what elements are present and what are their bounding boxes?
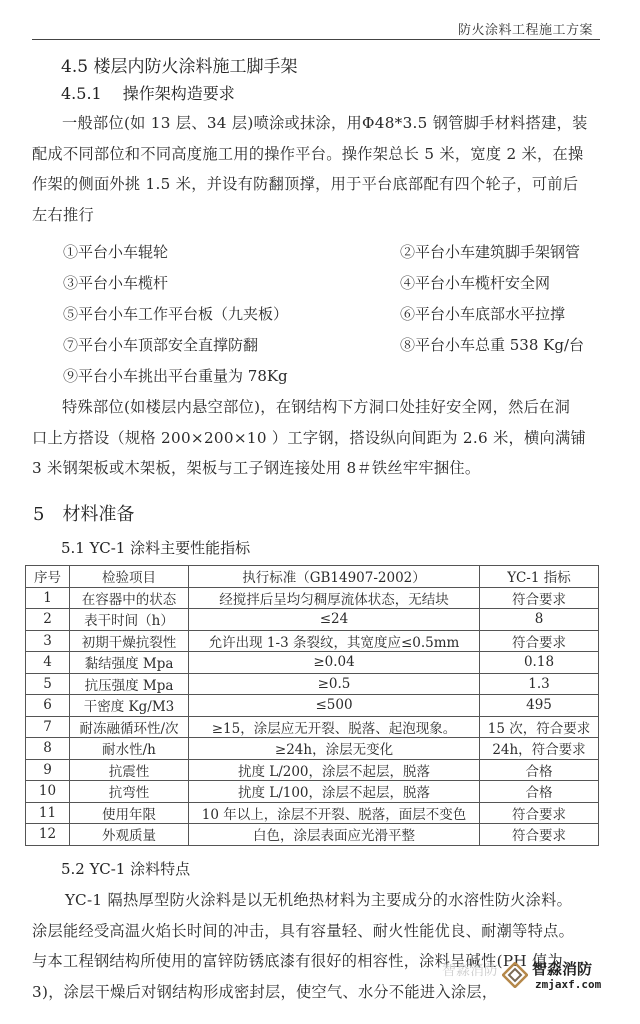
cell: 8 [26,738,70,760]
cell: 初期干燥抗裂性 [70,630,189,652]
cell: 符合要求 [480,802,599,824]
cell: 扰度 L/100，涂层不起层，脱落 [189,781,480,803]
cell: 符合要求 [480,630,599,652]
cell: 8 [480,609,599,631]
cell: 在容器中的状态 [70,587,189,609]
list-item: ⑦平台小车顶部安全直撑防翻 [63,334,258,355]
list-item: ⑧平台小车总重 538 Kg/台 [400,334,584,355]
list-item: ⑤平台小车工作平台板（九夹板） [63,303,288,324]
cell: 抗震性 [70,759,189,781]
table-row: 12 外观质量 白色，涂层表面应光滑平整 符合要求 [26,824,599,846]
cell: 合格 [480,759,599,781]
cell: 1.3 [480,673,599,695]
cell: 5 [26,673,70,695]
table-row: 2 表干时间（h） ≤24 8 [26,609,599,631]
table-header-row: 序号 检验项目 执行标准（GB14907-2002） YC-1 指标 [26,566,599,588]
cell: ≤24 [189,609,480,631]
table-row: 7 耐冻融循环性/次 ≥15，涂层应无开裂、脱落、起泡现象。 15 次，符合要求 [26,716,599,738]
cell: 经搅拌后呈均匀稠厚流体状态，无结块 [189,587,480,609]
table-row: 9 抗震性 扰度 L/200，涂层不起层，脱落 合格 [26,759,599,781]
list-item: ②平台小车建筑脚手架钢管 [400,241,580,262]
cell: 10 [26,781,70,803]
section-4-5-1-title: 4.5.1 操作架构造要求 [61,81,235,104]
header-rule [32,39,600,40]
watermark-url: zmjaxf.com [535,978,601,991]
table-row: 1 在容器中的状态 经搅拌后呈均匀稠厚流体状态，无结块 符合要求 [26,587,599,609]
section-5-title: 5 材料准备 [33,500,134,526]
list-item: ③平台小车榄杆 [63,272,168,293]
cell: 11 [26,802,70,824]
section-5-1-title: 5.1 YC-1 涂料主要性能指标 [61,537,250,558]
table-row: 11 使用年限 10 年以上，涂层不开裂、脱落，面层不变色 符合要求 [26,802,599,824]
cell: 2 [26,609,70,631]
cell: 白色，涂层表面应光滑平整 [189,824,480,846]
para2-line-3: 3 米钢架板或木架板，架板与工子钢连接处用 8＃铁丝牢牢捆住。 [32,453,612,484]
section-5-2-title: 5.2 YC-1 涂料特点 [61,858,190,879]
paragraph-general-scaffold: 一般部位(如 13 层、34 层)喷涂或抹涂，用Φ48*3.5 钢管脚手材料搭建… [32,108,612,230]
cell: 符合要求 [480,824,599,846]
cell: 表干时间（h） [70,609,189,631]
cell: 抗弯性 [70,781,189,803]
performance-table: 序号 检验项目 执行标准（GB14907-2002） YC-1 指标 1 在容器… [25,565,599,846]
table-row: 5 抗压强度 Mpa ≥0.5 1.3 [26,673,599,695]
cell: 耐水性/h [70,738,189,760]
watermark: 智淼消防 智淼消防 zmjaxf.com [502,958,622,994]
para1-line-2: 配成不同部位和不同高度施工用的操作平台。操作架总长 5 米，宽度 2 米，在操 [32,139,612,170]
table-row: 8 耐水性/h ≥24h，涂层无变化 24h，符合要求 [26,738,599,760]
cell: 允许出现 1-3 条裂纹，其宽度应≤0.5mm [189,630,480,652]
cell: 黏结强度 Mpa [70,652,189,674]
para1-line-1: 一般部位(如 13 层、34 层)喷涂或抹涂，用Φ48*3.5 钢管脚手材料搭建… [32,108,612,139]
header-cell: YC-1 指标 [480,566,599,588]
cell: 合格 [480,781,599,803]
list-item: ①平台小车辊轮 [63,241,168,262]
cell: ≥0.5 [189,673,480,695]
para1-line-3: 作架的侧面外挑 1.5 米，并设有防翻顶撑，用于平台底部配有四个轮子，可前后 [32,169,612,200]
cell: ≥0.04 [189,652,480,674]
watermark-title: 智淼消防 [532,958,592,979]
para1-line-4: 左右推行 [32,200,612,231]
header-cell: 检验项目 [70,566,189,588]
cell: 耐冻融循环性/次 [70,716,189,738]
table-row: 3 初期干燥抗裂性 允许出现 1-3 条裂纹，其宽度应≤0.5mm 符合要求 [26,630,599,652]
cell: 24h，符合要求 [480,738,599,760]
cell: ≥15，涂层应无开裂、脱落、起泡现象。 [189,716,480,738]
watermark-faint-text: 智淼消防 [442,960,498,980]
cell: 抗压强度 Mpa [70,673,189,695]
cell: ≥24h，涂层无变化 [189,738,480,760]
header-cell: 序号 [26,566,70,588]
para2-line-1: 特殊部位(如楼层内悬空部位)，在钢结构下方洞口处挂好安全网，然后在洞 [32,392,612,423]
section-4-5-title: 4.5 楼层内防火涂料施工脚手架 [61,52,297,77]
cell: 1 [26,587,70,609]
cell: 0.18 [480,652,599,674]
para3-line-2: 涂层能经受高温火焰长时间的冲击，具有容量轻、耐火性能优良、耐潮等特点。 [32,916,612,947]
list-item: ⑨平台小车挑出平台重量为 78Kg [63,365,288,386]
cell: 3 [26,630,70,652]
table-row: 4 黏结强度 Mpa ≥0.04 0.18 [26,652,599,674]
table-row: 10 抗弯性 扰度 L/100，涂层不起层，脱落 合格 [26,781,599,803]
cell: 7 [26,716,70,738]
cell: 12 [26,824,70,846]
cell: ≤500 [189,695,480,717]
header-cell: 执行标准（GB14907-2002） [189,566,480,588]
cell: 干密度 Kg/M3 [70,695,189,717]
cell: 10 年以上，涂层不开裂、脱落，面层不变色 [189,802,480,824]
cell: 扰度 L/200，涂层不起层，脱落 [189,759,480,781]
cell: 495 [480,695,599,717]
para2-line-2: 口上方搭设（规格 200×200×10 ）工字钢，搭设纵向间距为 2.6 米，横… [32,423,612,454]
list-item: ⑥平台小车底部水平拉撑 [400,303,565,324]
para3-line-1: YC-1 隔热厚型防火涂料是以无机绝热材料为主要成分的水溶性防火涂料。 [32,885,612,916]
cell: 15 次，符合要求 [480,716,599,738]
diamond-logo-icon [502,962,528,988]
cell: 9 [26,759,70,781]
cell: 使用年限 [70,802,189,824]
list-item: ④平台小车榄杆安全网 [400,272,550,293]
table-row: 6 干密度 Kg/M3 ≤500 495 [26,695,599,717]
cell: 外观质量 [70,824,189,846]
running-header-title: 防火涂料工程施工方案 [458,19,593,38]
cell: 6 [26,695,70,717]
cell: 4 [26,652,70,674]
cell: 符合要求 [480,587,599,609]
paragraph-special-scaffold: 特殊部位(如楼层内悬空部位)，在钢结构下方洞口处挂好安全网，然后在洞 口上方搭设… [32,392,612,484]
